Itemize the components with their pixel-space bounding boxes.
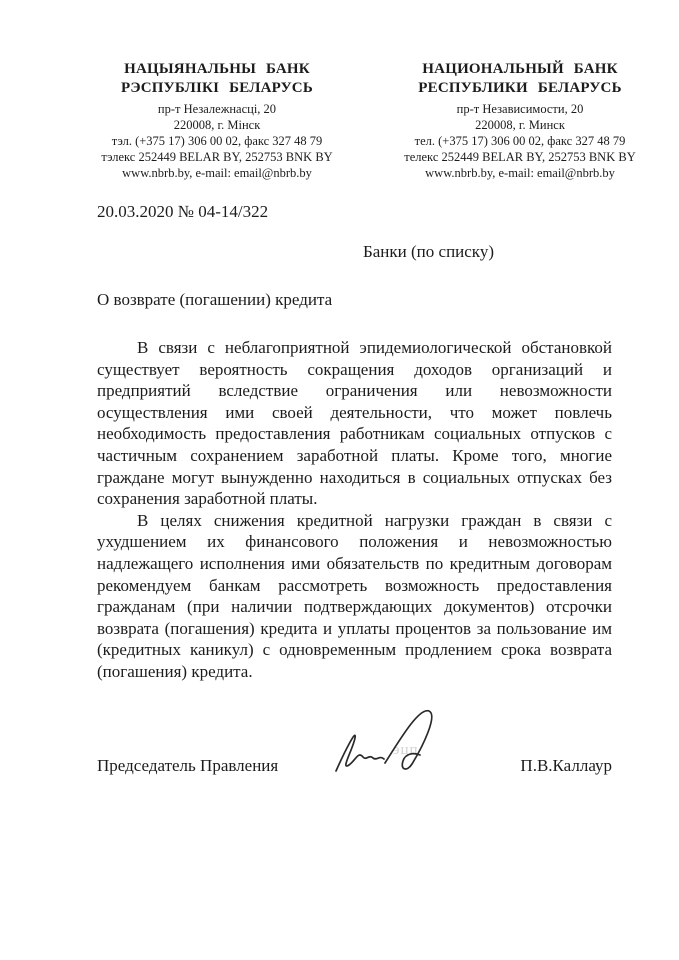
telex-by: тэлекс 252449 BELAR BY, 252753 BNK BY <box>72 149 362 165</box>
letter-body: 20.03.2020 № 04-14/322 Банки (по списку)… <box>97 201 612 777</box>
bank-name-ru-line2: РЕСПУБЛИКИ БЕЛАРУСЬ <box>375 79 665 98</box>
letterhead-russian: НАЦИОНАЛЬНЫЙ БАНК РЕСПУБЛИКИ БЕЛАРУСЬ пр… <box>375 60 665 181</box>
bank-name-by-line2: РЭСПУБЛІКІ БЕЛАРУСЬ <box>72 79 362 98</box>
web-email-ru: www.nbrb.by, e-mail: email@nbrb.by <box>375 165 665 181</box>
date-reference-number: 20.03.2020 № 04-14/322 <box>97 201 612 223</box>
address-street-by: пр-т Незалежнасці, 20 <box>72 101 362 117</box>
addressee: Банки (по списку) <box>97 241 612 263</box>
signer-name: П.В.Каллаур <box>520 755 612 777</box>
handwritten-signature <box>329 701 447 785</box>
paragraph-1: В связи с неблагоприятной эпидемиологиче… <box>97 337 612 510</box>
letterhead-belarusian: НАЦЫЯНАЛЬНЫ БАНК РЭСПУБЛІКІ БЕЛАРУСЬ пр-… <box>72 60 362 181</box>
paragraph-2: В целях снижения кредитной нагрузки граж… <box>97 510 612 683</box>
phone-fax-by: тэл. (+375 17) 306 00 02, факс 327 48 79 <box>72 133 362 149</box>
letter-page: НАЦЫЯНАЛЬНЫ БАНК РЭСПУБЛІКІ БЕЛАРУСЬ пр-… <box>0 0 679 960</box>
address-city-ru: 220008, г. Минск <box>375 117 665 133</box>
phone-fax-ru: тел. (+375 17) 306 00 02, факс 327 48 79 <box>375 133 665 149</box>
signer-title: Председатель Правления <box>97 755 278 777</box>
signature-block: Председатель Правления эцп П.В.Каллаур <box>97 755 612 777</box>
address-street-ru: пр-т Независимости, 20 <box>375 101 665 117</box>
telex-ru: телекс 252449 BELAR BY, 252753 BNK BY <box>375 149 665 165</box>
web-email-by: www.nbrb.by, e-mail: email@nbrb.by <box>72 165 362 181</box>
letterhead: НАЦЫЯНАЛЬНЫ БАНК РЭСПУБЛІКІ БЕЛАРУСЬ пр-… <box>0 0 679 181</box>
address-city-by: 220008, г. Мінск <box>72 117 362 133</box>
bank-name-ru-line1: НАЦИОНАЛЬНЫЙ БАНК <box>375 60 665 79</box>
bank-name-by-line1: НАЦЫЯНАЛЬНЫ БАНК <box>72 60 362 79</box>
subject-line: О возврате (погашении) кредита <box>97 289 612 311</box>
